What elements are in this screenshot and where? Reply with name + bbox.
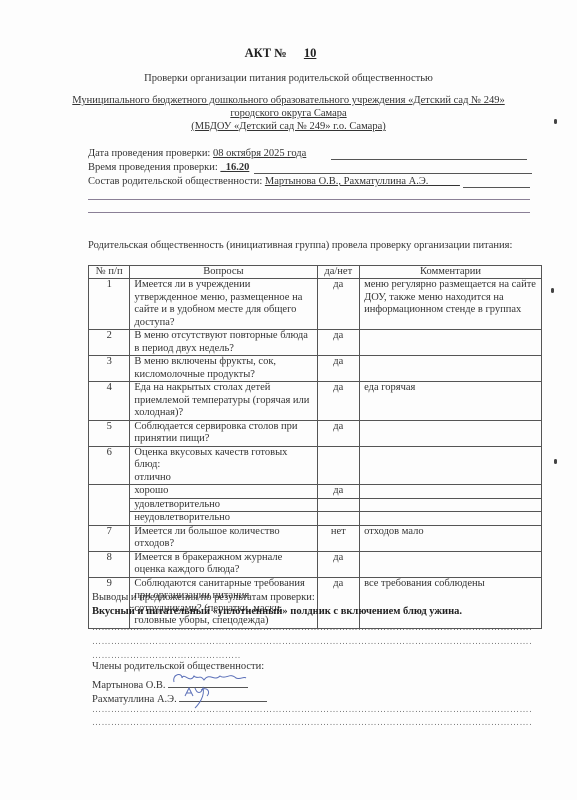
dotted-line: …………………………………………………………………………………………………………… [92, 636, 532, 646]
dotted-line: …………………………………………………………………………………………………………… [92, 717, 532, 727]
underline [331, 159, 527, 160]
row-question: В меню включены фрукты, сок, кисломолочн… [130, 356, 317, 382]
row-question: Еда на накрытых столах детей приемлемой … [130, 382, 317, 421]
row-answer: да [317, 420, 360, 446]
table-row: 5 Соблюдается сервировка столов при прин… [89, 420, 542, 446]
dotted-line: …………………………………………………………………………………………………………… [92, 650, 240, 660]
intro-text: Родительская общественность (инициативна… [88, 240, 512, 251]
row-comment [360, 551, 542, 577]
time-label: Время проведения проверки: [88, 162, 218, 173]
organization-line-3: (МБДОУ «Детский сад № 249» г.о. Самара) [0, 121, 577, 132]
row-question: Имеется в бракеражном журнале оценка каж… [130, 551, 317, 577]
conclusions-label: Выводы и предложения по результатам пров… [92, 592, 315, 603]
row-question: Оценка вкусовых качеств готовых блюд: [130, 446, 317, 472]
date-label: Дата проведения проверки: [88, 148, 210, 159]
row-question: Имеется ли в учреждении утвержденное мен… [130, 279, 317, 330]
act-title: АКТ № 10 [0, 46, 577, 61]
row-num: 7 [89, 525, 130, 551]
row-num: 3 [89, 356, 130, 382]
row-num: 5 [89, 420, 130, 446]
row-answer: да [317, 382, 360, 421]
row-num: 8 [89, 551, 130, 577]
row-subitem: неудовлетворительно [130, 512, 317, 526]
header-answer: да/нет [317, 266, 360, 279]
row-answer: да [317, 356, 360, 382]
time-value: _16.20 [220, 162, 249, 173]
row-answer: да [317, 551, 360, 577]
table-row: 2 В меню отсутствуют повторные блюда в п… [89, 330, 542, 356]
scan-speck [551, 288, 554, 293]
dotted-line: …………………………………………………………………………………………………………… [92, 622, 532, 632]
row-num [89, 485, 130, 526]
member-signature-row: Рахматуллина А.Э. [92, 690, 267, 705]
row-num: 1 [89, 279, 130, 330]
act-document: АКТ № 10 Проверки организации питания ро… [0, 0, 577, 800]
row-comment: меню регулярно размещается на сайте ДОУ,… [360, 279, 542, 330]
table-row: 7 Имеется ли большое количество отходов?… [89, 525, 542, 551]
row-comment [360, 485, 542, 499]
row-answer [317, 512, 360, 526]
row-answer: да [317, 485, 360, 499]
table-row-subitem: хорошо да [89, 485, 542, 499]
row-answer [317, 446, 360, 485]
table-row-subitem: неудовлетворительно [89, 512, 542, 526]
composition-field: Состав родительской общественности: Март… [88, 176, 528, 190]
row-num: 4 [89, 382, 130, 421]
table-row: 1 Имеется ли в учреждении утвержденное м… [89, 279, 542, 330]
scan-speck [554, 459, 557, 464]
blank-line [88, 212, 530, 213]
header-comment: Комментарии [360, 266, 542, 279]
composition-value: Мартынова О.В., Рахматуллина А.Э.__ _ __ [265, 176, 460, 187]
signature-line [179, 690, 267, 702]
row-answer: да [317, 330, 360, 356]
row-comment [360, 330, 542, 356]
row-subitem: хорошо [130, 485, 317, 499]
row-comment [360, 498, 542, 512]
table-row: 8 Имеется в бракеражном журнале оценка к… [89, 551, 542, 577]
scan-speck [554, 119, 557, 124]
table-header-row: № п/п Вопросы да/нет Комментарии [89, 266, 542, 279]
organization-line-1: Муниципального бюджетного дошкольного об… [0, 95, 577, 106]
row-comment [360, 356, 542, 382]
header-question: Вопросы [130, 266, 317, 279]
row-answer [317, 498, 360, 512]
time-field: Время проведения проверки: _16.20 [88, 162, 528, 176]
underline [463, 187, 530, 188]
table-row: 3 В меню включены фрукты, сок, кисломоло… [89, 356, 542, 382]
row-subitem: отлично [130, 472, 317, 485]
act-label: АКТ № [245, 46, 287, 60]
act-subtitle: Проверки организации питания родительско… [0, 73, 577, 84]
row-comment [360, 420, 542, 446]
date-field: Дата проведения проверки: 08 октября 202… [88, 148, 528, 162]
table-row: 4 Еда на накрытых столах детей приемлемо… [89, 382, 542, 421]
row-num: 6 [89, 446, 130, 485]
organization-line-2: городского округа Самара [0, 108, 577, 119]
member-signature-row: Мартынова О.В. [92, 676, 248, 691]
row-num: 2 [89, 330, 130, 356]
header-num: № п/п [89, 266, 130, 279]
row-answer: нет [317, 525, 360, 551]
row-question: Соблюдается сервировка столов при принят… [130, 420, 317, 446]
underline [254, 173, 532, 174]
composition-label: Состав родительской общественности: [88, 176, 262, 187]
inspection-table: № п/п Вопросы да/нет Комментарии 1 Имеет… [88, 265, 542, 629]
row-comment: все требования соблюдены [360, 577, 542, 628]
row-comment [360, 512, 542, 526]
table-row: 6 Оценка вкусовых качеств готовых блюд: [89, 446, 542, 472]
row-comment [360, 446, 542, 485]
row-comment: отходов мало [360, 525, 542, 551]
row-subitem: удовлетворительно [130, 498, 317, 512]
row-question: В меню отсутствуют повторные блюда в пер… [130, 330, 317, 356]
date-value: 08 октября 2025 года [213, 148, 306, 159]
table-row-subitem: удовлетворительно [89, 498, 542, 512]
act-number: 10 [290, 46, 333, 61]
dotted-line: …………………………………………………………………………………………………………… [92, 704, 532, 714]
blank-line [88, 199, 530, 200]
row-question: Имеется ли большое количество отходов? [130, 525, 317, 551]
row-answer: да [317, 577, 360, 628]
row-answer: да [317, 279, 360, 330]
conclusions-text: Вкусный и питательный «уплотненный» полд… [92, 606, 462, 617]
row-comment: еда горячая [360, 382, 542, 421]
